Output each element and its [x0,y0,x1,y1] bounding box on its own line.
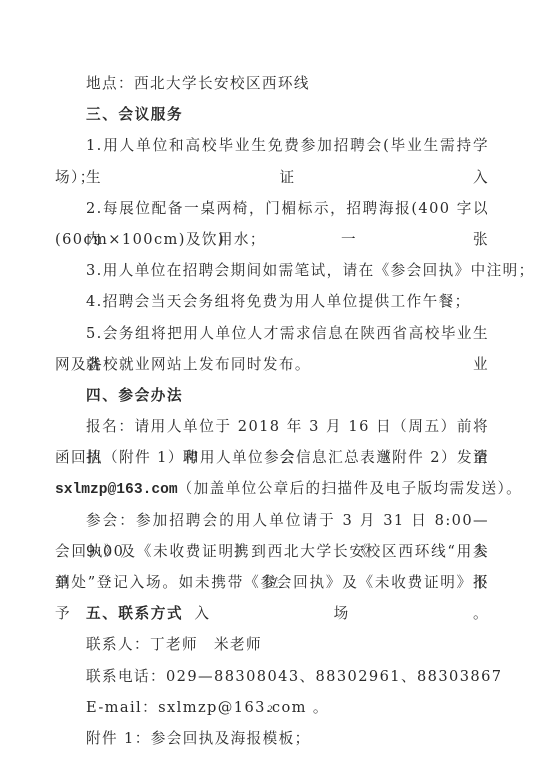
service-item-2-line1: 2.每展位配备一桌两椅，门楣标示，招聘海报(400 字以内)一张 [55,193,489,224]
attendance-line1: 参会：参加招聘会的用人单位请于 3 月 31 日 8:00—9:00 携《参 [55,505,489,536]
attendance-line3: 到处”登记入场。如未携带《参会回执》及《未收费证明》不予入场。 [55,567,489,598]
service-item-5-line1: 5.会务组将把用人单位人才需求信息在陕西省高校毕业生就业 [55,318,489,349]
section-heading-participation: 四、参会办法 [55,380,489,411]
service-item-3: 3.用人单位在招聘会期间如需笔试，请在《参会回执》中注明； [55,255,489,286]
registration-line2: 函回执（附件 1）和用人单位参会信息汇总表（附件 2）发至 [55,442,489,473]
page-number: 2 [268,704,273,714]
contact-persons: 联系人：丁老师 米老师 [55,629,489,660]
document-page: 地点：西北大学长安校区西环线 三、会议服务 1.用人单位和高校毕业生免费参加招聘… [55,68,489,754]
attendance-line2: 会回执》及《未收费证明》到西北大学长安校区西环线“用人单位报 [55,536,489,567]
section-heading-services: 三、会议服务 [55,99,489,130]
registration-line1: 报名：请用人单位于 2018 年 3 月 16 日（周五）前将招聘会邀请 [55,411,489,442]
service-item-1-line1: 1.用人单位和高校毕业生免费参加招聘会(毕业生需持学生证入 [55,130,489,161]
registration-line3: sxlmzp@163.com（加盖单位公章后的扫描件及电子版均需发送）。 [55,473,489,504]
attachment-1: 附件 1：参会回执及海报模板； [55,723,489,754]
service-item-4: 4.招聘会当天会务组将免费为用人单位提供工作午餐； [55,286,489,317]
location-line: 地点：西北大学长安校区西环线 [55,68,489,99]
registration-note: （加盖单位公章后的扫描件及电子版均需发送）。 [178,480,523,497]
registration-email-link[interactable]: sxlmzp@163.com [55,482,178,498]
contact-phone: 联系电话：029—88308043、88302961、88303867 [55,661,489,692]
